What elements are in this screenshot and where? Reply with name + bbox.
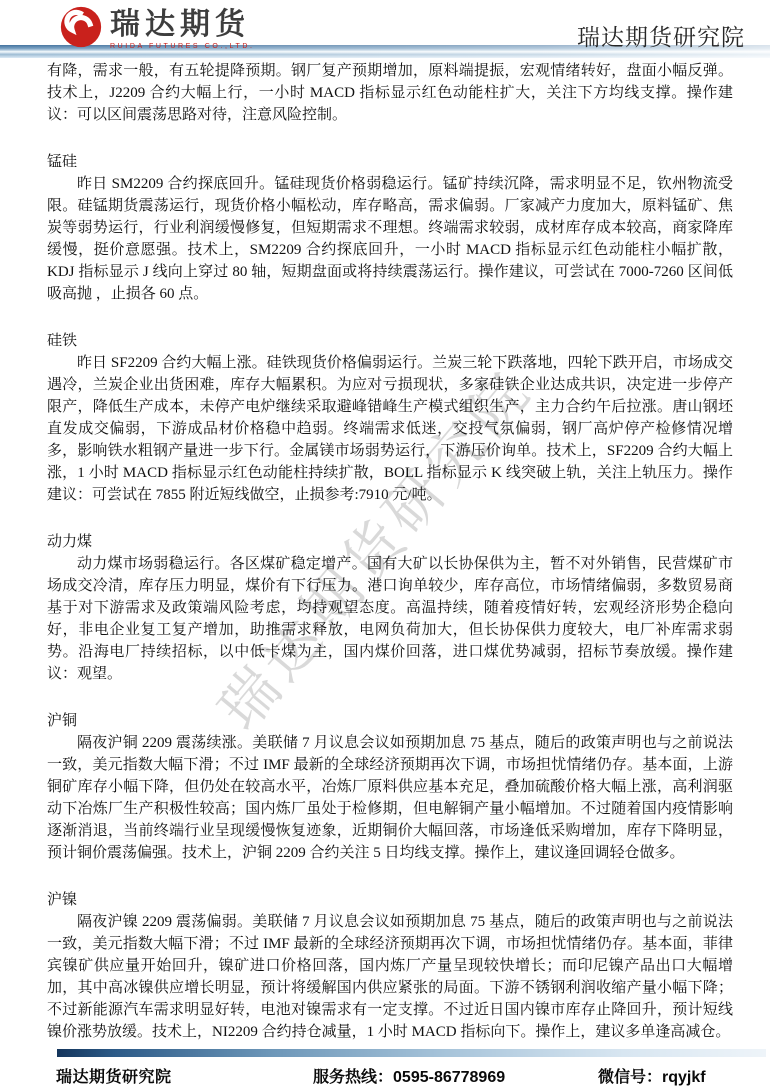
hotline-label: 服务热线： <box>313 1069 393 1086</box>
hotline-number: 0595-86778969 <box>393 1069 505 1086</box>
header-institute-title: 瑞达期货研究院 <box>577 19 745 52</box>
section-manganese-silicon: 锰硅 昨日 SM2209 合约探底回升。锰硅现货价格弱稳运行。锰矿持续沉降，需求… <box>47 151 733 305</box>
section-body: 隔夜沪铜 2209 震荡续涨。美联储 7 月议息会议如预期加息 75 基点，随后… <box>47 732 733 864</box>
section-shanghai-nickel: 沪镍 隔夜沪镍 2209 震荡偏弱。美联储 7 月议息会议如预期加息 75 基点… <box>47 889 733 1043</box>
section-body: 动力煤市场弱稳运行。各区煤矿稳定增产。国有大矿以长协保供为主，暂不对外销售，民营… <box>47 553 733 685</box>
section-title: 硅铁 <box>47 330 733 352</box>
section-ferrosilicon: 硅铁 昨日 SF2209 合约大幅上涨。硅铁现货价格偏弱运行。兰炭三轮下跌落地，… <box>47 330 733 506</box>
section-body: 昨日 SM2209 合约探底回升。锰硅现货价格弱稳运行。锰矿持续沉降，需求明显不… <box>47 173 733 305</box>
footer-institute: 瑞达期货研究院 <box>56 1064 172 1087</box>
section-title: 锰硅 <box>47 151 733 173</box>
report-page: 瑞达期货 RUIDA FUTURES CO.,LTD. 瑞达期货研究院 瑞达期货… <box>0 0 770 1089</box>
footer-divider-bar <box>57 1049 766 1057</box>
section-title: 沪铜 <box>47 710 733 732</box>
brand-name: 瑞达期货 <box>110 8 255 42</box>
wechat-id: rqyjkf <box>662 1069 706 1086</box>
footer-hotline: 服务热线：0595-86778969 <box>313 1064 505 1087</box>
section-shanghai-copper: 沪铜 隔夜沪铜 2209 震荡续涨。美联储 7 月议息会议如预期加息 75 基点… <box>47 710 733 864</box>
section-body: 昨日 SF2209 合约大幅上涨。硅铁现货价格偏弱运行。兰炭三轮下跌落地，四轮下… <box>47 352 733 506</box>
report-body: 有降，需求一般，有五轮提降预期。钢厂复产预期增加，原料端提振，宏观情绪转好，盘面… <box>47 60 733 1043</box>
brand-text-block: 瑞达期货 RUIDA FUTURES CO.,LTD. <box>110 4 255 50</box>
wechat-label: 微信号： <box>598 1069 662 1086</box>
page-footer: 瑞达期货研究院 服务热线：0595-86778969 微信号：rqyjkf <box>0 1061 770 1089</box>
section-title: 动力煤 <box>47 531 733 553</box>
section-title: 沪镍 <box>47 889 733 911</box>
section-body: 隔夜沪镍 2209 震荡偏弱。美联储 7 月议息会议如预期加息 75 基点，随后… <box>47 911 733 1043</box>
company-logo: 瑞达期货 RUIDA FUTURES CO.,LTD. <box>58 4 255 50</box>
section-thermal-coal: 动力煤 动力煤市场弱稳运行。各区煤矿稳定增产。国有大矿以长协保供为主，暂不对外销… <box>47 531 733 685</box>
footer-wechat: 微信号：rqyjkf <box>598 1064 706 1087</box>
ruida-emblem-icon <box>58 4 104 50</box>
brand-name-en: RUIDA FUTURES CO.,LTD. <box>110 43 255 50</box>
intro-paragraph: 有降，需求一般，有五轮提降预期。钢厂复产预期增加，原料端提振，宏观情绪转好，盘面… <box>47 60 733 126</box>
